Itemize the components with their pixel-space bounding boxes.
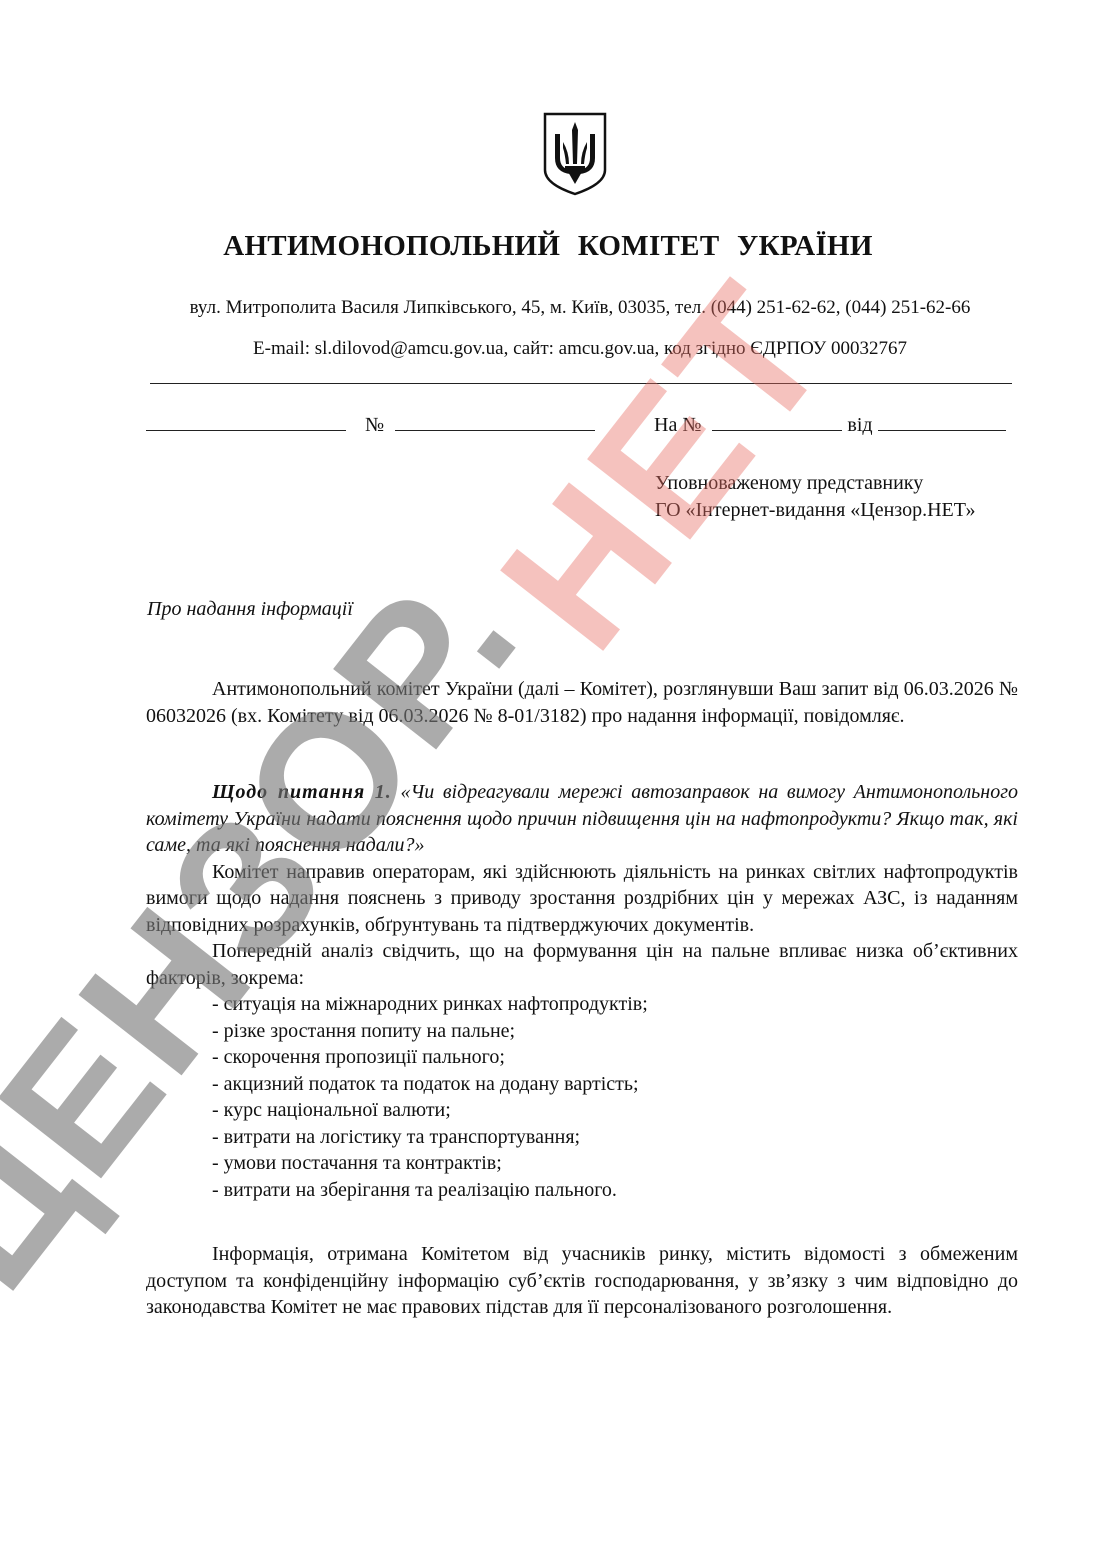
recipient-block: Уповноваженому представнику ГО «Інтернет… — [655, 470, 975, 524]
factor-item: - курс національної валюти; — [146, 1097, 1018, 1124]
closing-paragraph: Інформація, отримана Комітетом від учасн… — [146, 1241, 1018, 1321]
factor-item: - акцизний податок та податок на додану … — [146, 1071, 1018, 1098]
letter-page: АНТИМОНОПОЛЬНИЙ КОМІТЕТ УКРАЇНИ вул. Мит… — [0, 0, 1096, 1558]
intro-text: Антимонопольний комітет України (далі – … — [146, 676, 1018, 729]
question-1: Щодо питання 1. «Чи відреагували мережі … — [146, 779, 1018, 859]
factor-item: - витрати на зберігання та реалізацію па… — [146, 1177, 1018, 1204]
closing-text: Інформація, отримана Комітетом від учасн… — [146, 1241, 1018, 1321]
outgoing-date-blank — [146, 410, 346, 431]
question-1-section: Щодо питання 1. «Чи відреагували мережі … — [146, 779, 1018, 1203]
answer-paragraph-1: Комітет направив операторам, які здійсню… — [146, 859, 1018, 939]
reply-number-blank — [712, 410, 842, 431]
from-label: від — [847, 414, 872, 436]
ukraine-trident-emblem-icon — [543, 112, 607, 196]
number-sign: № — [365, 414, 384, 436]
factor-item: - різке зростання попиту на пальне; — [146, 1018, 1018, 1045]
outgoing-number-blank — [395, 410, 595, 431]
factor-item: - умови постачання та контрактів; — [146, 1150, 1018, 1177]
factors-list: - ситуація на міжнародних ринках нафтопр… — [146, 991, 1018, 1203]
recipient-line-1: Уповноваженому представнику — [655, 470, 975, 497]
factor-item: - ситуація на міжнародних ринках нафтопр… — [146, 991, 1018, 1018]
letter-subject: Про надання інформації — [147, 598, 353, 621]
incoming-reference: На № від — [654, 410, 1006, 437]
answer-paragraph-2: Попередній аналіз свідчить, що на формув… — [146, 938, 1018, 991]
organization-title: АНТИМОНОПОЛЬНИЙ КОМІТЕТ УКРАЇНИ — [0, 230, 1096, 263]
organization-address: вул. Митрополита Василя Липківського, 45… — [0, 297, 1096, 319]
recipient-line-2: ГО «Інтернет-видання «Цензор.НЕТ» — [655, 497, 975, 524]
reply-date-blank — [878, 410, 1006, 431]
outgoing-registration: № — [146, 410, 595, 437]
intro-paragraph: Антимонопольний комітет України (далі – … — [146, 676, 1018, 729]
header-divider — [150, 383, 1012, 384]
question-label: Щодо питання 1. — [212, 781, 392, 803]
factor-item: - скорочення пропозиції пального; — [146, 1044, 1018, 1071]
factor-item: - витрати на логістику та транспортуванн… — [146, 1124, 1018, 1151]
reply-to-label: На № — [654, 414, 701, 436]
organization-contacts: E-mail: sl.dilovod@amcu.gov.ua, сайт: am… — [0, 338, 1096, 360]
